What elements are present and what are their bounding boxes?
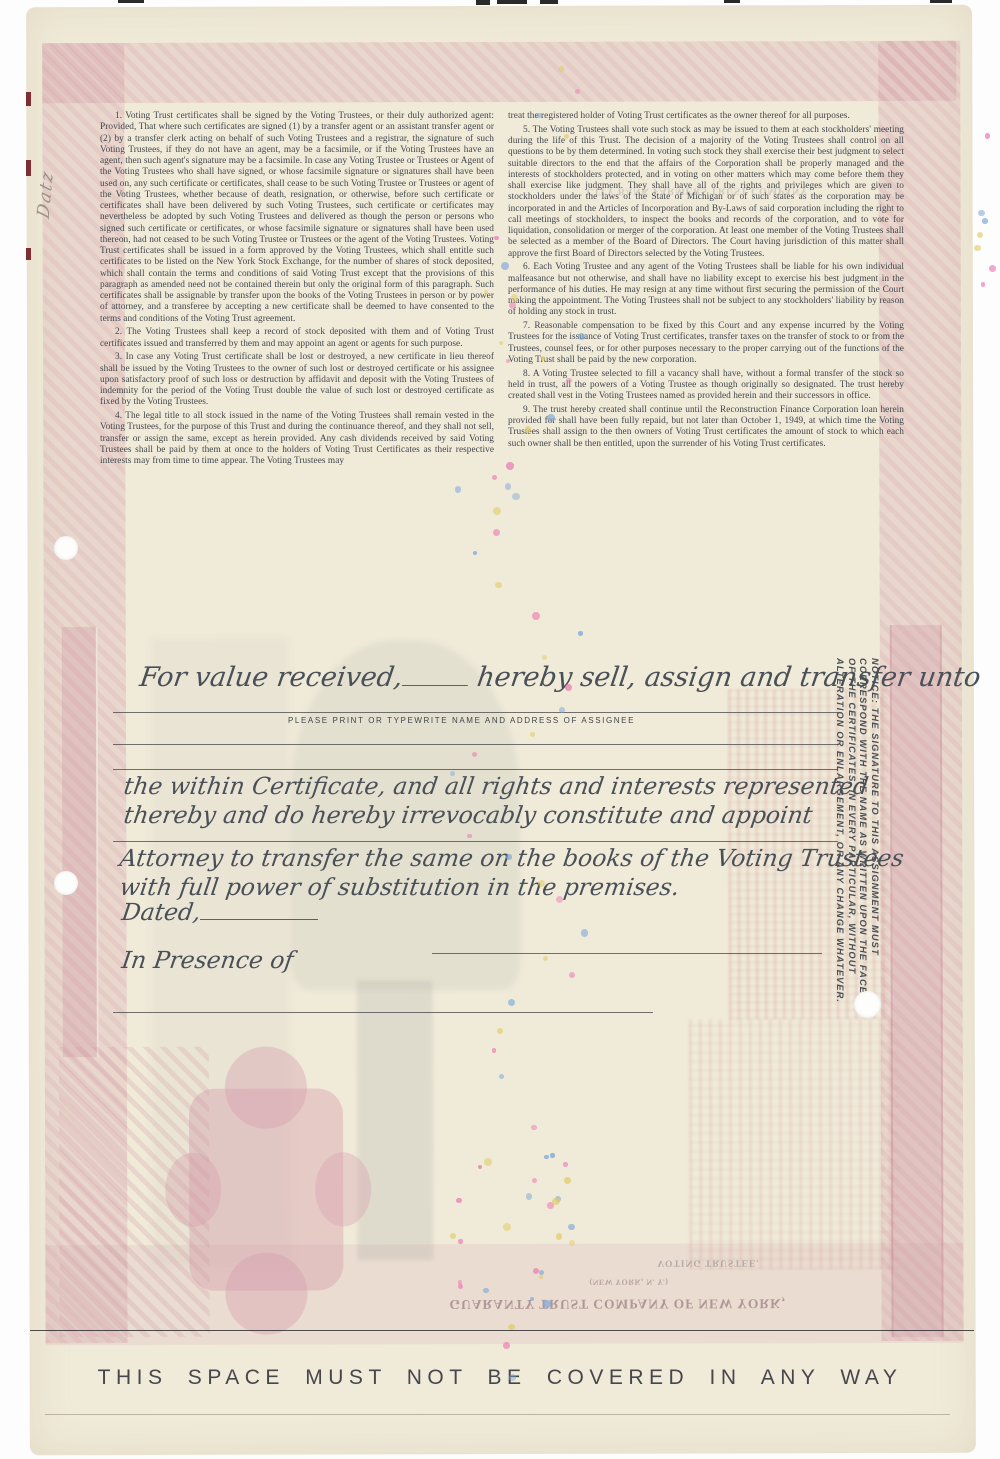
terms-paragraph-7: 7. Reasonable compensation to be fixed b… [508,321,904,366]
terms-paragraph-9: 9. The trust hereby created shall contin… [508,405,904,450]
terms-paragraph-1: 1. Voting Trust certificates shall be si… [100,111,494,325]
border-band-top [42,41,956,103]
bottom-separator-rule [30,1330,974,1331]
punch-hole-left-lower [54,871,78,895]
notice-line-1: NOTICE: THE SIGNATURE TO THIS ASSIGNMENT… [868,658,880,1018]
ghost-trustee-caption: VOTING TRUSTEE. [657,1257,759,1267]
terms-paragraph-4-continued: treat the registered holder of Voting Tr… [508,111,904,122]
attorney-line-1: Attorney to transfer the same on the boo… [118,844,906,872]
confetti-dot [985,133,991,139]
within-certificate-line-2: thereby and do hereby irrevocably consti… [122,801,814,829]
assignee-caption: PLEASE PRINT OR TYPEWRITE NAME AND ADDRE… [288,716,635,725]
confetti-dot [974,245,980,251]
terms-paragraph-3: 3. In case any Voting Trust certificate … [100,352,494,408]
dated-label: Dated, [120,898,203,926]
terms-paragraph-2: 2. The Voting Trustees shall keep a reco… [100,327,494,350]
scan-edge-mark [476,0,490,5]
sell-assign-text: hereby sell, assign and transfer unto [475,662,982,693]
presence-label: In Presence of [120,946,295,974]
assignor-blank [401,685,467,686]
confetti-dot [989,265,996,272]
within-certificate-line-1: the within Certificate, and all rights a… [122,772,870,800]
ghost-cartouche-lobe-right [315,1152,371,1226]
ghost-cartouche-lobe-left [165,1153,221,1227]
terms-column-left: 1. Voting Trust certificates shall be si… [100,111,494,470]
handwritten-annotation: Datz [34,168,58,221]
terms-paragraph-6: 6. Each Voting Trustee and any agent of … [508,262,904,318]
attorney-line-2: with full power of substitution in the p… [118,873,681,901]
dated-line: Dated, [120,898,321,926]
signature-line-right [432,953,822,954]
confetti-dot [977,232,983,238]
punch-hole-left-upper [54,536,78,560]
attorney-name-line [113,841,838,842]
border-strip-left-inner [62,627,99,1057]
border-strip-right-inner [890,625,944,1337]
assignee-name-line [113,712,838,713]
ghost-company-name: GUARANTY TRUST COMPANY OF NEW YORK, [449,1295,786,1312]
terms-paragraph-8: 8. A Voting Trustee selected to fill a v… [508,369,904,403]
scan-edge-mark [930,0,952,3]
value-received-text: For value received, [138,662,405,693]
terms-paragraph-4: 4. The legal title to all stock issued i… [100,411,494,467]
stub-mark [26,92,31,106]
scan-edge-mark [497,0,527,4]
ghost-company-location: (NEW YORK, N. Y.) [589,1278,668,1287]
ghost-cartouche-lobe-top [225,1047,307,1129]
witness-line [113,1012,653,1013]
terms-column-right: treat the registered holder of Voting Tr… [508,111,904,452]
bottom-edge-rule [45,1414,950,1415]
notice-line-3: OF THE CERTIFICATES, IN EVERY PARTICULAR… [845,658,857,1018]
stub-mark [26,160,31,176]
assignee-address-line-2 [113,769,838,770]
dated-blank [200,919,318,920]
notice-line-4: ALTERATION OR ENLARGEMENT, OR ANY CHANGE… [834,658,846,1018]
punch-hole-right [854,991,881,1018]
confetti-dot [981,282,986,287]
assignee-address-line-1 [113,744,838,745]
scan-edge-mark [118,0,144,3]
scan-edge-mark [724,0,740,3]
confetti-dot [982,218,988,224]
ghost-column [357,980,434,1260]
scan-edge-mark [540,0,558,4]
terms-paragraph-5: 5. The Voting Trustees shall vote such s… [508,125,904,260]
bottom-instruction: THIS SPACE MUST NOT BE COVERED IN ANY WA… [0,1366,1000,1390]
confetti-dot [978,210,985,217]
notice-line-2: CORRESPOND WITH THE NAME AS WRITTEN UPON… [857,658,869,1018]
signature-notice: NOTICE: THE SIGNATURE TO THIS ASSIGNMENT… [832,658,880,1018]
ghost-building-base [689,1019,900,1270]
certificate-back-scan: GUARANTY TRUST COMPANY OF NEW YORK, (NEW… [0,0,1000,1459]
stub-mark [26,248,31,260]
